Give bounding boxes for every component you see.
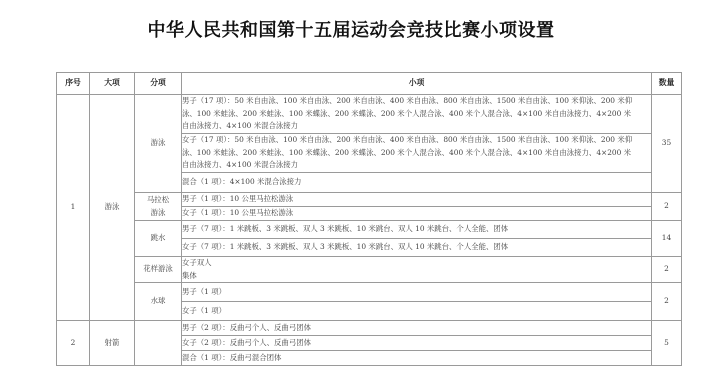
cell-sub: 水球 [135,283,182,321]
cell-sub: 跳水 [135,221,182,257]
cell-events: 男子（7 项）：1 米跳板、3 米跳板、双人 3 米跳板、10 米跳台、双人 1… [182,221,652,239]
table-row: 跳水 男子（7 项）：1 米跳板、3 米跳板、双人 3 米跳板、10 米跳台、双… [57,221,682,239]
event-line: 男子（1 项） [182,286,651,299]
event-line: 自由泳接力、4×100 米混合泳接力 [182,120,651,133]
cell-sub: 马拉松 游泳 [135,193,182,221]
cell-events: 女子双人 集体 [182,257,652,283]
header-major: 大项 [90,73,135,95]
table-header-row: 序号 大项 分项 小项 数量 [57,73,682,95]
header-count: 数量 [652,73,682,95]
header-sub: 分项 [135,73,182,95]
cell-major: 射箭 [90,321,135,366]
table-row: 1 游泳 游泳 男子（17 项）：50 米自由泳、100 米自由泳、200 米自… [57,95,682,134]
cell-events: 混合（1 项）：4×100 米混合泳接力 [182,173,652,193]
event-line: 男子（7 项）：1 米跳板、3 米跳板、双人 3 米跳板、10 米跳台、双人 1… [182,223,651,236]
cell-events: 男子（1 项） [182,283,652,302]
cell-sub: 花样游泳 [135,257,182,283]
event-line: 混合（1 项）：4×100 米混合泳接力 [182,176,651,189]
cell-events: 女子（7 项）：1 米跳板、3 米跳板、双人 3 米跳板、10 米跳台、双人 1… [182,239,652,257]
cell-count: 2 [652,193,682,221]
table-row: 花样游泳 女子双人 集体 2 [57,257,682,283]
event-line: 女子（2 项）：反曲弓个人、反曲弓团体 [182,337,651,350]
event-line: 女子双人 [182,257,651,270]
event-line: 女子（1 项）：10 公里马拉松游泳 [182,207,651,220]
cell-no: 1 [57,95,90,321]
table-row: 2 射箭 男子（2 项）：反曲弓个人、反曲弓团体 5 [57,321,682,336]
event-line: 泳、100 米蛙泳、200 米蛙泳、100 米蝶泳、200 米蝶泳、200 米个… [182,108,651,121]
cell-events: 男子（17 项）：50 米自由泳、100 米自由泳、200 米自由泳、400 米… [182,95,652,134]
cell-no: 2 [57,321,90,366]
cell-count: 2 [652,257,682,283]
cell-count: 35 [652,95,682,193]
cell-count: 5 [652,321,682,366]
cell-sub [135,321,182,366]
cell-events: 女子（17 项）：50 米自由泳、100 米自由泳、200 米自由泳、400 米… [182,134,652,173]
cell-sub: 游泳 [135,95,182,193]
cell-events: 女子（1 项）：10 公里马拉松游泳 [182,207,652,221]
event-line: 混合（1 项）：反曲弓混合团体 [182,352,651,365]
cell-events: 男子（2 项）：反曲弓个人、反曲弓团体 [182,321,652,336]
cell-events: 男子（1 项）：10 公里马拉松游泳 [182,193,652,207]
event-line: 男子（1 项）：10 公里马拉松游泳 [182,193,651,206]
header-events: 小项 [182,73,652,95]
event-line: 女子（17 项）：50 米自由泳、100 米自由泳、200 米自由泳、400 米… [182,134,651,147]
cell-count: 2 [652,283,682,321]
page-title: 中华人民共和国第十五届运动会竞技比赛小项设置 [0,16,702,42]
table-row: 马拉松 游泳 男子（1 项）：10 公里马拉松游泳 2 [57,193,682,207]
cell-major: 游泳 [90,95,135,321]
cell-count: 14 [652,221,682,257]
sub-name-line: 游泳 [135,207,181,220]
event-table: 序号 大项 分项 小项 数量 1 游泳 游泳 男子（17 项）：50 米自由泳、… [56,72,682,366]
event-line: 男子（17 项）：50 米自由泳、100 米自由泳、200 米自由泳、400 米… [182,95,651,108]
event-line: 男子（2 项）：反曲弓个人、反曲弓团体 [182,322,651,335]
event-line: 自由泳接力、4×100 米混合泳接力 [182,159,651,172]
sub-name-line: 马拉松 [135,194,181,207]
cell-events: 女子（2 项）：反曲弓个人、反曲弓团体 [182,336,652,351]
event-line: 女子（1 项） [182,305,651,318]
event-line: 泳、100 米蛙泳、200 米蛙泳、100 米蝶泳、200 米蝶泳、200 米个… [182,147,651,160]
table-row: 水球 男子（1 项） 2 [57,283,682,302]
event-line: 女子（7 项）：1 米跳板、3 米跳板、双人 3 米跳板、10 米跳台、双人 1… [182,241,651,254]
cell-events: 女子（1 项） [182,302,652,321]
event-line: 集体 [182,270,651,283]
header-no: 序号 [57,73,90,95]
cell-events: 混合（1 项）：反曲弓混合团体 [182,351,652,366]
